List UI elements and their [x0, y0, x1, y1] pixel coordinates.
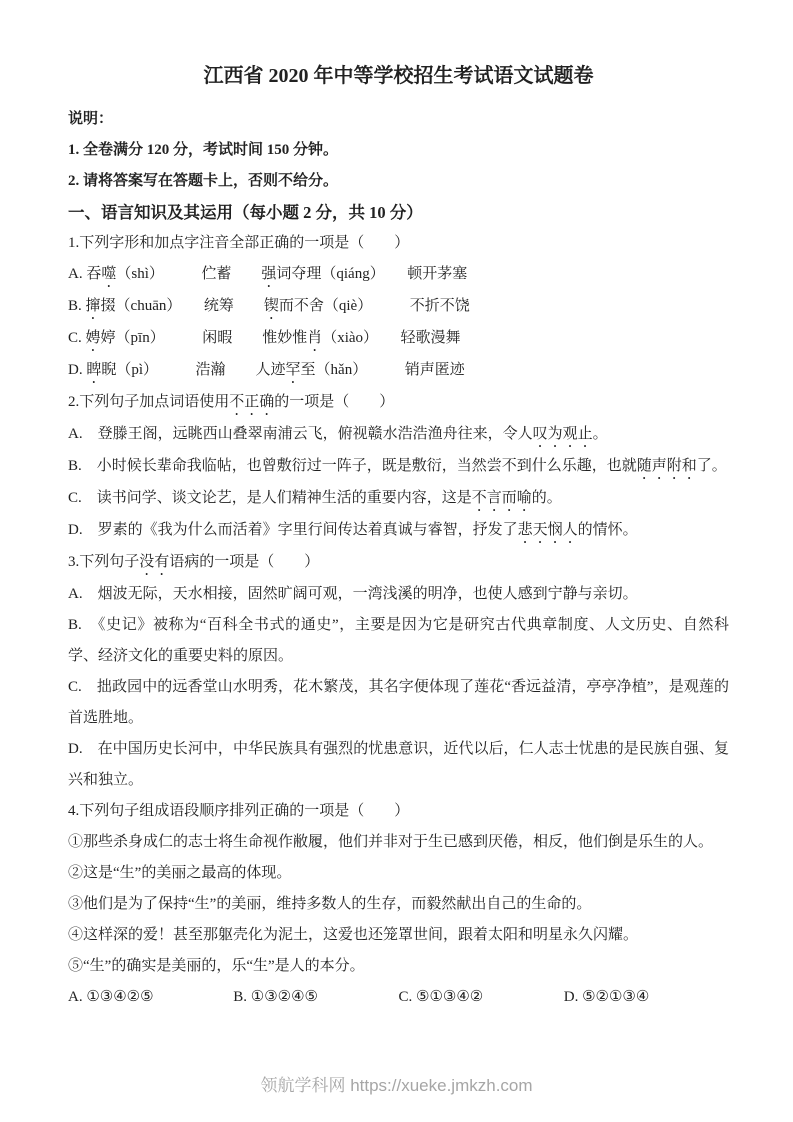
- emphasized-text: 强: [261, 266, 276, 282]
- page-footer: 领航学科网 https://xueke.jmkzh.com: [0, 1071, 793, 1096]
- text-segment: 1.下列字形和加点字注音全部正确的一项是（ ）: [68, 235, 409, 251]
- option-line: A. 吞噬（shì） 伫蓄 强词夺理（qiáng） 顿开茅塞: [68, 259, 729, 291]
- emphasized-text: 悲天悯人: [518, 522, 578, 538]
- text-segment: A. 吞: [68, 266, 101, 282]
- question-stem: 1.下列字形和加点字注音全部正确的一项是（ ）: [68, 228, 729, 259]
- text-segment: B.: [68, 298, 86, 314]
- notes-label: 说明：: [68, 104, 729, 135]
- option-line: C. 拙政园中的远香堂山水明秀，花木繁茂，其名字便体现了莲花“香远益清，亭亭净植…: [68, 672, 729, 734]
- option-line: B. 小时候长辈命我临帖，也曾敷衍过一阵子，既是敷衍，当然尝不到什么乐趣，也就随…: [68, 451, 729, 483]
- option-line: D. 在中国历史长河中，中华民族具有强烈的忧患意识，近代以后，仁人志士忧患的是民…: [68, 734, 729, 796]
- text-segment: A. 登滕王阁，远眺西山叠翠南浦云飞，俯视赣水浩浩渔舟往来，令人: [68, 426, 533, 442]
- item-line: ①那些杀身成仁的志士将生命视作敝履，他们并非对于生已感到厌倦，相反，他们倒是乐生…: [68, 827, 729, 858]
- emphasized-text: 娉: [86, 330, 101, 346]
- text-segment: B. 《史记》被称为“百科全书式的通史”，主要是因为它是研究古代典章制度、人文历…: [68, 617, 729, 664]
- emphasized-text: 罕: [286, 362, 301, 378]
- text-segment: ②这是“生”的美丽之最高的体现。: [68, 865, 291, 881]
- text-segment: ③他们是为了保持“生”的美丽，维持多数人的生存，而毅然献出自己的生命的。: [68, 896, 591, 912]
- text-segment: 2.下列句子加点词语使用: [68, 394, 229, 410]
- exam-title: 江西省 2020 年中等学校招生考试语文试题卷: [68, 60, 729, 92]
- option-line: D. 睥睨（pì） 浩瀚 人迹罕至（hǎn） 销声匿迹: [68, 355, 729, 387]
- questions-container: 1.下列字形和加点字注音全部正确的一项是（ ）A. 吞噬（shì） 伫蓄 强词夺…: [68, 228, 729, 1013]
- text-segment: 3.下列句子: [68, 554, 139, 570]
- option-line: B. 撺掇（chuān） 统筹 锲而不舍（qiè） 不折不饶: [68, 291, 729, 323]
- item-line: ⑤“生”的确实是美丽的，乐“生”是人的本分。: [68, 951, 729, 982]
- text-segment: D. 罗素的《我为什么而活着》字里行间传达着真诚与睿智，抒发了: [68, 522, 518, 538]
- option-line: C. 读书问学、谈文论艺，是人们精神生活的重要内容，这是不言而喻的。: [68, 483, 729, 515]
- exam-page: 江西省 2020 年中等学校招生考试语文试题卷 说明： 1. 全卷满分 120 …: [0, 0, 793, 1013]
- emphasized-text: 不言而喻: [472, 490, 532, 506]
- question-stem: 2.下列句子加点词语使用不正确的一项是（ ）: [68, 387, 729, 419]
- text-segment: 4.下列句子组成语段顺序排列正确的一项是（ ）: [68, 803, 409, 819]
- choice-item: A. ①③④②⑤: [68, 982, 233, 1013]
- item-line: ②这是“生”的美丽之最高的体现。: [68, 858, 729, 889]
- choices-row: A. ①③④②⑤B. ①③②④⑤C. ⑤①③④②D. ⑤②①③④: [68, 982, 729, 1013]
- emphasized-text: 叹为观止: [533, 426, 593, 442]
- text-segment: C. 读书问学、谈文论艺，是人们精神生活的重要内容，这是: [68, 490, 472, 506]
- text-segment: D.: [68, 362, 86, 378]
- emphasized-text: 噬: [101, 266, 116, 282]
- text-segment: 语病的一项是（ ）: [169, 554, 319, 570]
- text-segment: A. 烟波无际，天水相接，固然旷阔可观，一湾浅溪的明净，也使人感到宁静与亲切。: [68, 586, 638, 602]
- emphasized-text: 肖: [307, 330, 322, 346]
- question-stem: 4.下列句子组成语段顺序排列正确的一项是（ ）: [68, 796, 729, 827]
- text-segment: C. 拙政园中的远香堂山水明秀，花木繁茂，其名字便体现了莲花“香远益清，亭亭净植…: [68, 679, 729, 726]
- option-line: A. 登滕王阁，远眺西山叠翠南浦云飞，俯视赣水浩浩渔舟往来，令人叹为观止。: [68, 419, 729, 451]
- emphasized-text: 撺: [86, 298, 101, 314]
- text-segment: 至（hǎn） 销声匿迹: [301, 362, 465, 378]
- text-segment: 的一项是（ ）: [274, 394, 394, 410]
- emphasized-text: 不正确: [229, 394, 274, 410]
- note-line-1: 1. 全卷满分 120 分，考试时间 150 分钟。: [68, 135, 729, 166]
- text-segment: C.: [68, 330, 86, 346]
- text-segment: 了。: [697, 458, 727, 474]
- text-segment: D. 在中国历史长河中，中华民族具有强烈的忧患意识，近代以后，仁人志士忧患的是民…: [68, 741, 729, 788]
- footer-site-name: 领航学科网: [260, 1076, 345, 1095]
- footer-url: https://xueke.jmkzh.com: [350, 1076, 532, 1095]
- text-segment: 词夺理（qiáng） 顿开茅塞: [276, 266, 467, 282]
- text-segment: 的情怀。: [578, 522, 638, 538]
- choice-item: D. ⑤②①③④: [564, 982, 729, 1013]
- option-line: B. 《史记》被称为“百科全书式的通史”，主要是因为它是研究古代典章制度、人文历…: [68, 610, 729, 672]
- text-segment: （shì） 伫蓄: [116, 266, 261, 282]
- text-segment: 而不舍（qiè） 不折不饶: [279, 298, 470, 314]
- text-segment: ①那些杀身成仁的志士将生命视作敝履，他们并非对于生已感到厌倦，相反，他们倒是乐生…: [68, 834, 713, 850]
- note-line-2: 2. 请将答案写在答题卡上，否则不给分。: [68, 166, 729, 197]
- question-stem: 3.下列句子没有语病的一项是（ ）: [68, 547, 729, 579]
- text-segment: B. 小时候长辈命我临帖，也曾敷衍过一阵子，既是敷衍，当然尝不到什么乐趣，也就: [68, 458, 637, 474]
- text-segment: 。: [593, 426, 608, 442]
- emphasized-text: 随声附和: [637, 458, 697, 474]
- text-segment: ④这样深的爱！甚至那躯壳化为泥土，这爱也还笼罩世间，跟着太阳和明星永久闪耀。: [68, 927, 638, 943]
- text-segment: 睨（pì） 浩瀚 人迹: [101, 362, 285, 378]
- section-heading: 一、语言知识及其运用（每小题 2 分，共 10 分）: [68, 197, 729, 228]
- text-segment: 的。: [532, 490, 562, 506]
- option-line: C. 娉婷（pīn） 闲暇 惟妙惟肖（xiào） 轻歌漫舞: [68, 323, 729, 355]
- option-line: D. 罗素的《我为什么而活着》字里行间传达着真诚与睿智，抒发了悲天悯人的情怀。: [68, 515, 729, 547]
- emphasized-text: 没有: [139, 554, 169, 570]
- emphasized-text: 睥: [86, 362, 101, 378]
- text-segment: 婷（pīn） 闲暇 惟妙惟: [101, 330, 308, 346]
- choice-item: B. ①③②④⑤: [233, 982, 398, 1013]
- item-line: ④这样深的爱！甚至那躯壳化为泥土，这爱也还笼罩世间，跟着太阳和明星永久闪耀。: [68, 920, 729, 951]
- option-line: A. 烟波无际，天水相接，固然旷阔可观，一湾浅溪的明净，也使人感到宁静与亲切。: [68, 579, 729, 610]
- text-segment: 掇（chuān） 统筹: [101, 298, 264, 314]
- emphasized-text: 锲: [264, 298, 279, 314]
- text-segment: （xiào） 轻歌漫舞: [322, 330, 460, 346]
- item-line: ③他们是为了保持“生”的美丽，维持多数人的生存，而毅然献出自己的生命的。: [68, 889, 729, 920]
- text-segment: ⑤“生”的确实是美丽的，乐“生”是人的本分。: [68, 958, 365, 974]
- choice-item: C. ⑤①③④②: [399, 982, 564, 1013]
